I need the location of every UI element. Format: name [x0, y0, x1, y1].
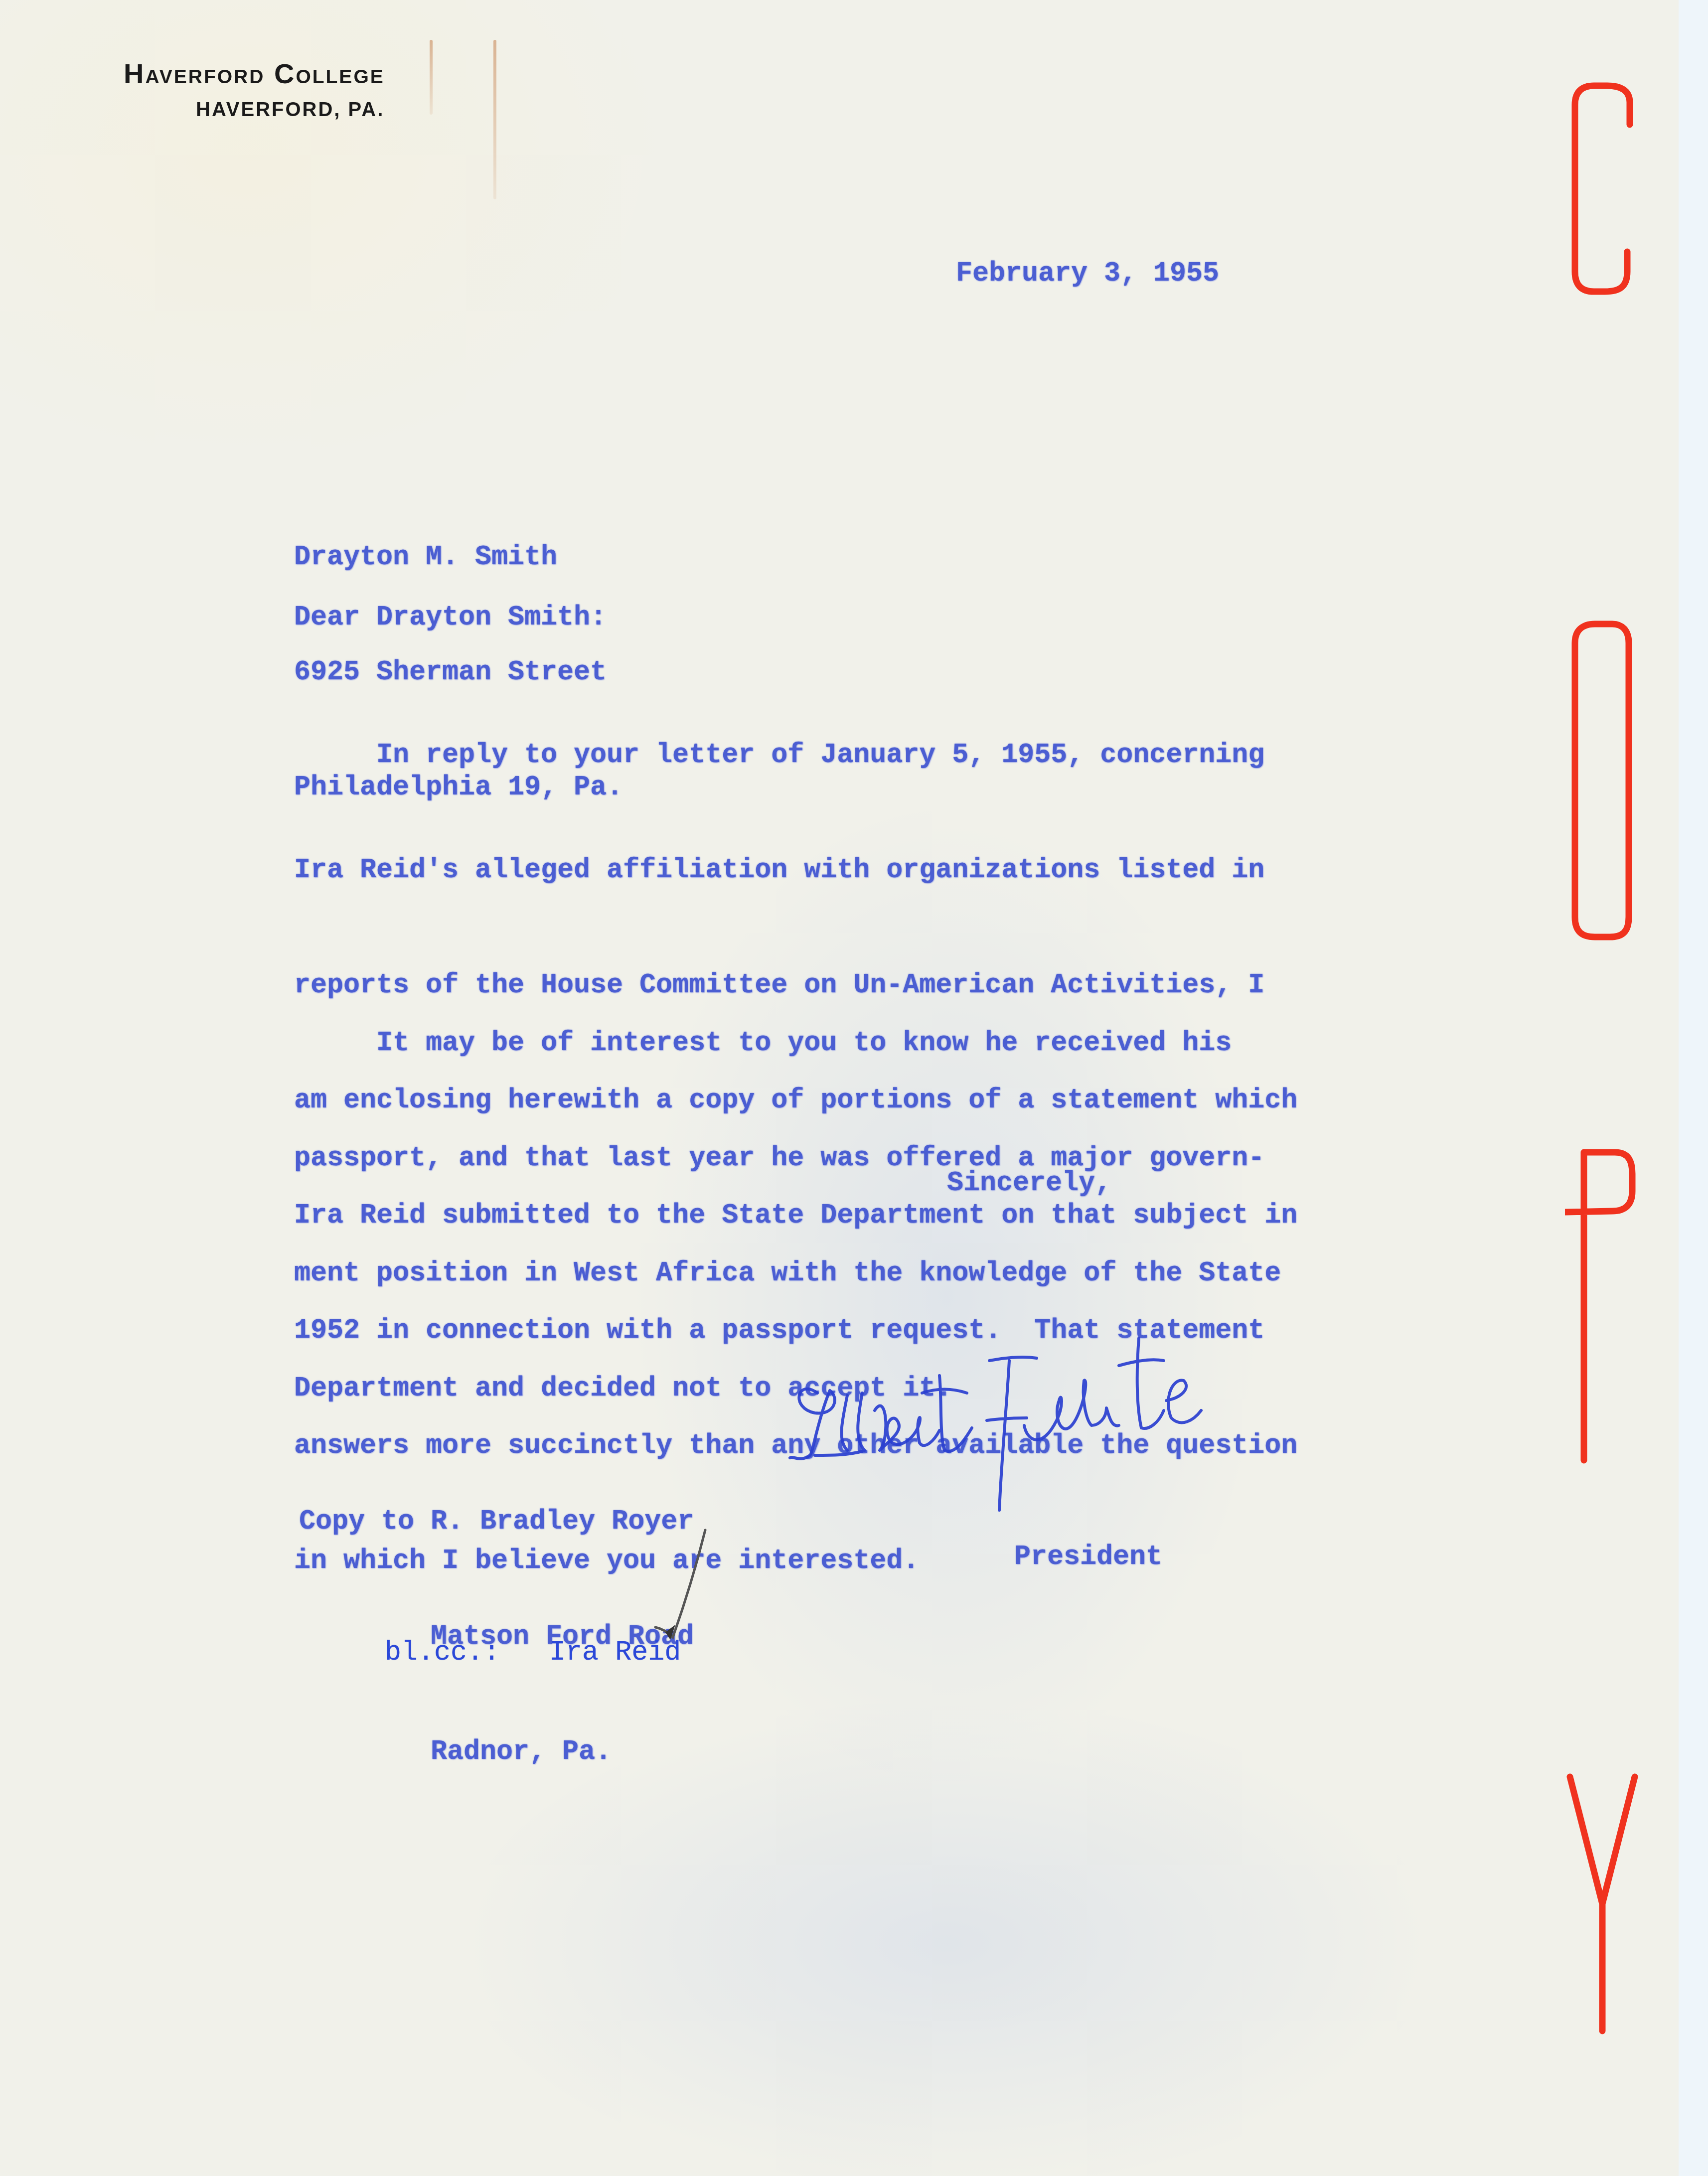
copy-to-line: Copy to R. Bradley Royer: [299, 1502, 694, 1541]
pencil-check-mark-icon: [648, 1525, 713, 1645]
blind-cc-label: bl.cc.:: [385, 1637, 500, 1668]
stamp-letter-c: [1575, 86, 1630, 292]
letter-page: Haverford College HAVERFORD, PA. Februar…: [0, 0, 1679, 2176]
body-line: It may be of interest to you to know he …: [294, 1024, 1281, 1062]
rust-stain: [430, 40, 433, 115]
copy-to-label: Copy to: [299, 1506, 414, 1537]
handwritten-signature: [787, 1291, 1206, 1525]
institution-location: HAVERFORD, PA.: [196, 99, 385, 121]
stamp-letter-p: [1565, 1152, 1632, 1460]
letterhead: Haverford College HAVERFORD, PA.: [124, 59, 385, 121]
recipient-name: Drayton M. Smith: [294, 538, 623, 576]
signatory-title: President: [1014, 1538, 1162, 1576]
body-line: In reply to your letter of January 5, 19…: [294, 736, 1297, 774]
letter-date: February 3, 1955: [956, 254, 1219, 293]
body-line: passport, and that last year he was offe…: [294, 1139, 1281, 1177]
stamp-letter-o: [1575, 624, 1629, 937]
copy-stamp: [1565, 0, 1640, 2176]
stamp-letter-y: [1570, 1777, 1635, 2031]
copy-to-city: Radnor, Pa.: [299, 1732, 694, 1771]
closing: Sincerely,: [947, 1164, 1111, 1202]
institution-name: Haverford College: [124, 59, 385, 89]
body-line: Ira Reid's alleged affiliation with orga…: [294, 851, 1297, 889]
salutation: Dear Drayton Smith:: [294, 598, 607, 636]
body-line: ment position in West Africa with the kn…: [294, 1254, 1281, 1292]
blind-cc-line: bl.cc.: Ira Reid: [319, 1595, 681, 1710]
rust-stain: [493, 40, 496, 199]
